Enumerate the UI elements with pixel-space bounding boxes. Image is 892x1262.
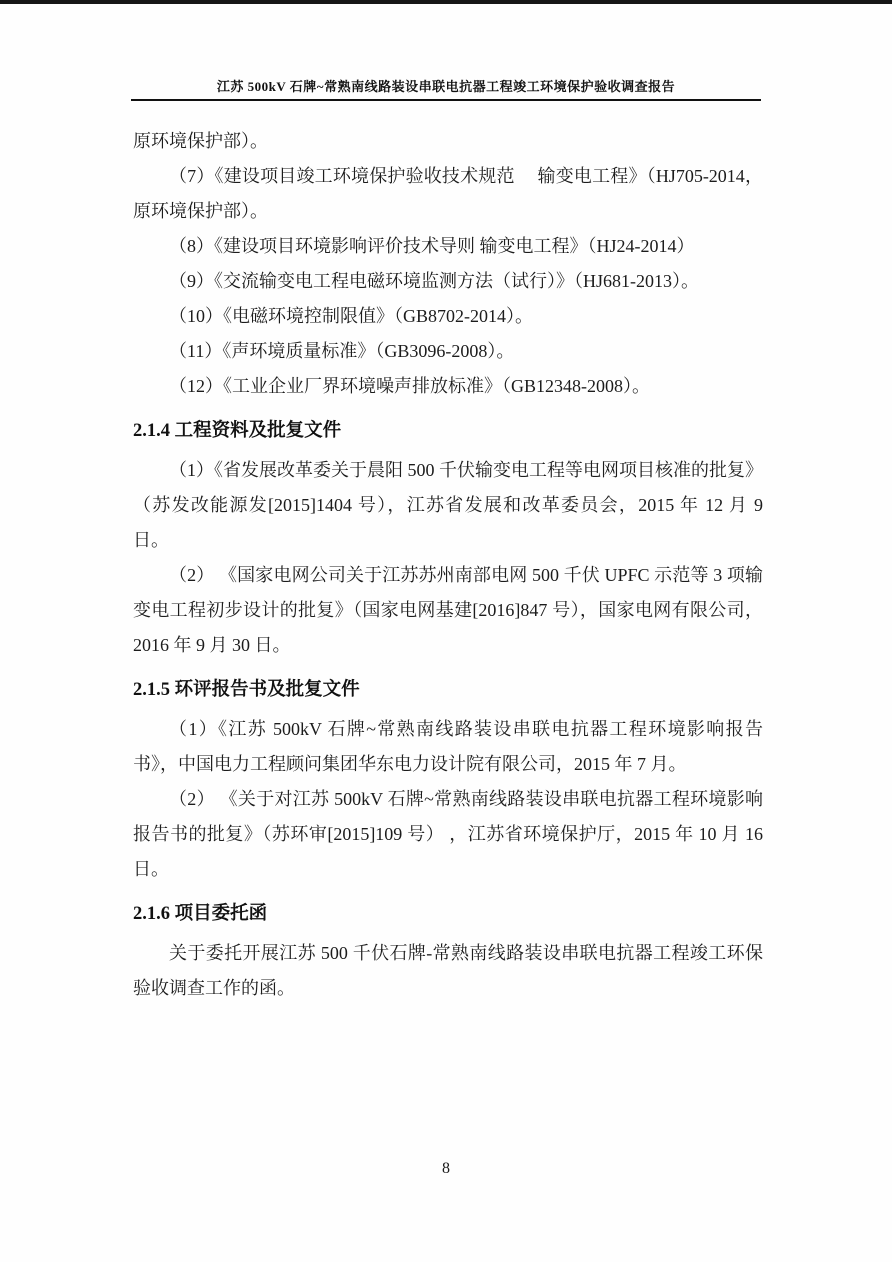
paragraph-item-8: （8）《建设项目环境影响评价技术导则 输变电工程》（HJ24-2014） [133, 229, 763, 264]
scan-top-edge-bar [0, 0, 892, 4]
section-heading-2-1-6: 2.1.6 项目委托函 [133, 897, 763, 932]
paragraph-214-item-2: （2） 《国家电网公司关于江苏苏州南部电网 500 千伏 UPFC 示范等 3 … [133, 558, 763, 663]
running-header-title: 江苏 500kV 石牌~常熟南线路装设串联电抗器工程竣工环境保护验收调查报告 [0, 76, 892, 95]
paragraph-214-item-1: （1）《省发展改革委关于晨阳 500 千伏输变电工程等电网项目核准的批复》（苏发… [133, 453, 763, 558]
document-body: 原环境保护部）。 （7）《建设项目竣工环境保护验收技术规范 输变电工程》（HJ7… [133, 124, 763, 1006]
page-footer: 8 [0, 1160, 892, 1178]
page-number: 8 [442, 1160, 450, 1177]
report-page: 江苏 500kV 石牌~常熟南线路装设串联电抗器工程竣工环境保护验收调查报告 原… [0, 0, 892, 1262]
paragraph-item-11: （11）《声环境质量标准》（GB3096-2008）。 [133, 334, 763, 369]
paragraph-item-9: （9）《交流输变电工程电磁环境监测方法（试行）》（HJ681-2013）。 [133, 264, 763, 299]
section-heading-2-1-5: 2.1.5 环评报告书及批复文件 [133, 673, 763, 708]
paragraph-item-12: （12）《工业企业厂界环境噪声排放标准》（GB12348-2008）。 [133, 369, 763, 404]
paragraph-item-7: （7）《建设项目竣工环境保护验收技术规范 输变电工程》（HJ705-2014，原… [133, 159, 763, 229]
paragraph-item-10: （10）《电磁环境控制限值》（GB8702-2014）。 [133, 299, 763, 334]
section-heading-2-1-4: 2.1.4 工程资料及批复文件 [133, 414, 763, 449]
paragraph-215-item-1: （1）《江苏 500kV 石牌~常熟南线路装设串联电抗器工程环境影响报告书》，中… [133, 712, 763, 782]
paragraph-215-item-2: （2） 《关于对江苏 500kV 石牌~常熟南线路装设串联电抗器工程环境影响报告… [133, 782, 763, 887]
paragraph-216-body: 关于委托开展江苏 500 千伏石牌-常熟南线路装设串联电抗器工程竣工环保验收调查… [133, 936, 763, 1006]
header-rule [131, 99, 761, 101]
paragraph-continuation: 原环境保护部）。 [133, 124, 763, 159]
